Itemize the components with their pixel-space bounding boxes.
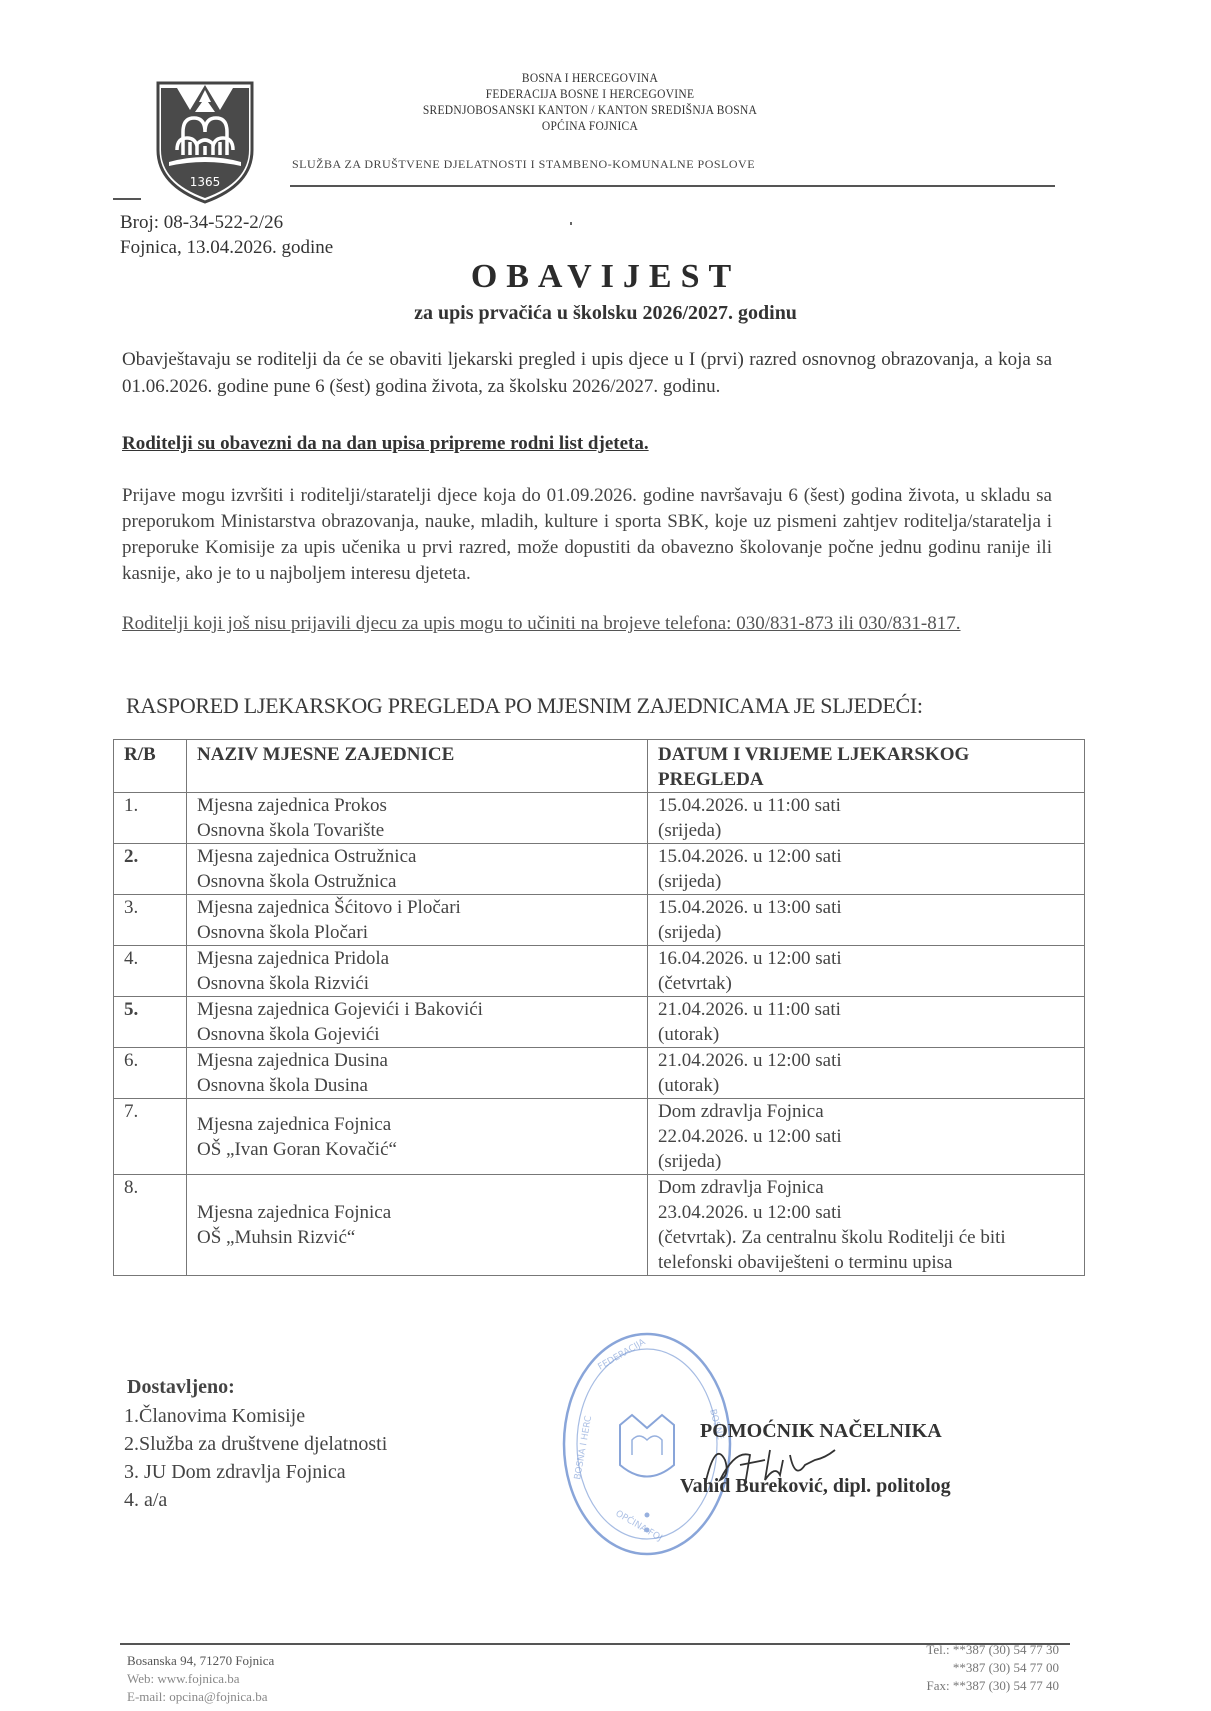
delivered-list: 1.Članovima Komisije 2.Služba za društve… (124, 1402, 387, 1514)
footer-tel-2: **387 (30) 54 77 00 (926, 1659, 1059, 1677)
cell-name: Mjesna zajednica Gojevići i BakovićiOsno… (187, 997, 648, 1048)
cell-rb: 1. (114, 793, 187, 844)
table-row: 3.Mjesna zajednica Šćitovo i PločariOsno… (114, 895, 1085, 946)
delivered-item: 3. JU Dom zdravlja Fojnica (124, 1458, 387, 1486)
datetime-line: 22.04.2026. u 12:00 sati (658, 1124, 1074, 1149)
header-datetime: DATUM I VRIJEME LJEKARSKOG PREGLEDA (648, 740, 1085, 793)
schedule-table: R/B NAZIV MJESNE ZAJEDNICE DATUM I VRIJE… (113, 739, 1085, 1276)
name-line: Osnovna škola Pločari (197, 920, 637, 945)
datetime-line: (utorak) (658, 1073, 1074, 1098)
datetime-line: 23.04.2026. u 12:00 sati (658, 1200, 1074, 1225)
cell-datetime: 21.04.2026. u 11:00 sati(utorak) (648, 997, 1085, 1048)
cell-name: Mjesna zajednica DusinaOsnovna škola Dus… (187, 1048, 648, 1099)
name-line: Mjesna zajednica Fojnica (197, 1200, 637, 1225)
datetime-line: 21.04.2026. u 12:00 sati (658, 1048, 1074, 1073)
document-subtitle: za upis prvačića u školsku 2026/2027. go… (0, 302, 1211, 325)
cell-datetime: 15.04.2026. u 11:00 sati(srijeda) (648, 793, 1085, 844)
table-row: 8.Mjesna zajednica FojnicaOŠ „Muhsin Riz… (114, 1175, 1085, 1276)
schedule-title: RASPORED LJEKARSKOG PREGLEDA PO MJESNIM … (126, 693, 923, 719)
letterhead: BOSNA I HERCEGOVINA FEDERACIJA BOSNE I H… (290, 70, 890, 134)
signatory-name: Vahid Bureković, dipl. politolog (680, 1475, 951, 1498)
delivered-item: 4. a/a (124, 1486, 387, 1514)
name-line: Mjesna zajednica Ostružnica (197, 844, 637, 869)
name-line: Osnovna škola Dusina (197, 1073, 637, 1098)
service-name: SLUŽBA ZA DRUŠTVENE DJELATNOSTI I STAMBE… (292, 157, 1052, 172)
phone-contact-paragraph: Roditelji koji još nisu prijavili djecu … (122, 611, 1052, 637)
name-line: Mjesna zajednica Gojevići i Bakovići (197, 997, 637, 1022)
name-line: Mjesna zajednica Šćitovo i Pločari (197, 895, 637, 920)
datetime-line: 15.04.2026. u 13:00 sati (658, 895, 1074, 920)
header-name: NAZIV MJESNE ZAJEDNICE (187, 740, 648, 793)
intro-paragraph: Obavještavaju se roditelji da će se obav… (122, 346, 1052, 400)
table-row: 1.Mjesna zajednica ProkosOsnovna škola T… (114, 793, 1085, 844)
name-line: Osnovna škola Ostružnica (197, 869, 637, 894)
cell-name: Mjesna zajednica Šćitovo i PločariOsnovn… (187, 895, 648, 946)
header-divider (290, 185, 1055, 187)
logo-underline (113, 198, 141, 200)
name-line: OŠ „Muhsin Rizvić“ (197, 1225, 637, 1250)
cell-rb: 4. (114, 946, 187, 997)
cell-rb: 5. (114, 997, 187, 1048)
name-line: Mjesna zajednica Prokos (197, 793, 637, 818)
datetime-line: 16.04.2026. u 12:00 sati (658, 946, 1074, 971)
cell-rb: 3. (114, 895, 187, 946)
place-date: Fojnica, 13.04.2026. godine (120, 237, 333, 259)
datetime-line: Dom zdravlja Fojnica (658, 1175, 1074, 1200)
applications-paragraph: Prijave mogu izvršiti i roditelji/starat… (122, 483, 1052, 587)
datetime-line: (četvrtak) (658, 971, 1074, 996)
cell-rb: 2. (114, 844, 187, 895)
document-number: Broj: 08-34-522-2/26 (120, 212, 283, 234)
footer-web[interactable]: Web: www.fojnica.ba (127, 1670, 274, 1688)
datetime-line: 15.04.2026. u 11:00 sati (658, 793, 1074, 818)
datetime-line: (četvrtak). Za centralnu školu Roditelji… (658, 1225, 1074, 1275)
table-row: 4.Mjesna zajednica PridolaOsnovna škola … (114, 946, 1085, 997)
cell-rb: 8. (114, 1175, 187, 1276)
datetime-line: (srijeda) (658, 1149, 1074, 1174)
svg-text:1365: 1365 (190, 175, 221, 189)
cell-datetime: 15.04.2026. u 13:00 sati(srijeda) (648, 895, 1085, 946)
scan-mark (570, 222, 572, 225)
datetime-line: 21.04.2026. u 11:00 sati (658, 997, 1074, 1022)
datetime-line: (srijeda) (658, 818, 1074, 843)
letterhead-line: FEDERACIJA BOSNE I HERCEGOVINE (314, 86, 866, 102)
cell-datetime: 16.04.2026. u 12:00 sati(četvrtak) (648, 946, 1085, 997)
svg-text:FEDERACIJA: FEDERACIJA (597, 1337, 649, 1373)
table-row: 2.Mjesna zajednica OstružnicaOsnovna ško… (114, 844, 1085, 895)
coat-of-arms-icon: 1365 (155, 80, 255, 205)
name-line: Mjesna zajednica Dusina (197, 1048, 637, 1073)
datetime-line: (utorak) (658, 1022, 1074, 1047)
footer-address: Bosanska 94, 71270 Fojnica Web: www.fojn… (127, 1652, 274, 1706)
letterhead-line: BOSNA I HERCEGOVINA (314, 70, 866, 86)
cell-name: Mjesna zajednica ProkosOsnovna škola Tov… (187, 793, 648, 844)
datetime-line: (srijeda) (658, 920, 1074, 945)
footer-fax: Fax: **387 (30) 54 77 40 (926, 1677, 1059, 1695)
cell-name: Mjesna zajednica OstružnicaOsnovna škola… (187, 844, 648, 895)
name-line: Mjesna zajednica Pridola (197, 946, 637, 971)
cell-name: Mjesna zajednica PridolaOsnovna škola Ri… (187, 946, 648, 997)
cell-datetime: Dom zdravlja Fojnica22.04.2026. u 12:00 … (648, 1099, 1085, 1175)
document-title: OBAVIJEST (0, 258, 1211, 296)
footer-phones: Tel.: **387 (30) 54 77 30 **387 (30) 54 … (926, 1641, 1059, 1695)
delivered-item: 2.Služba za društvene djelatnosti (124, 1430, 387, 1458)
name-line: Osnovna škola Rizvići (197, 971, 637, 996)
letterhead-line: OPĆINA FOJNICA (314, 118, 866, 134)
cell-rb: 6. (114, 1048, 187, 1099)
table-header-row: R/B NAZIV MJESNE ZAJEDNICE DATUM I VRIJE… (114, 740, 1085, 793)
datetime-line: Dom zdravlja Fojnica (658, 1099, 1074, 1124)
cell-name: Mjesna zajednica FojnicaOŠ „Muhsin Rizvi… (187, 1175, 648, 1276)
cell-datetime: 15.04.2026. u 12:00 sati(srijeda) (648, 844, 1085, 895)
required-documents-note: Roditelji su obavezni da na dan upisa pr… (122, 433, 649, 455)
footer-tel: Tel.: **387 (30) 54 77 30 (926, 1641, 1059, 1659)
letterhead-line: SREDNJOBOSANSKI KANTON / KANTON SREDIŠNJ… (314, 102, 866, 118)
cell-datetime: 21.04.2026. u 12:00 sati(utorak) (648, 1048, 1085, 1099)
name-line: Osnovna škola Gojevići (197, 1022, 637, 1047)
cell-rb: 7. (114, 1099, 187, 1175)
name-line: Osnovna škola Tovarište (197, 818, 637, 843)
cell-name: Mjesna zajednica FojnicaOŠ „Ivan Goran K… (187, 1099, 648, 1175)
name-line: OŠ „Ivan Goran Kovačić“ (197, 1137, 637, 1162)
cell-datetime: Dom zdravlja Fojnica23.04.2026. u 12:00 … (648, 1175, 1085, 1276)
delivered-title: Dostavljeno: (127, 1376, 235, 1399)
delivered-item: 1.Članovima Komisije (124, 1402, 387, 1430)
datetime-line: (srijeda) (658, 869, 1074, 894)
table-row: 7.Mjesna zajednica FojnicaOŠ „Ivan Goran… (114, 1099, 1085, 1175)
header-rb: R/B (114, 740, 187, 793)
table-row: 5.Mjesna zajednica Gojevići i BakovićiOs… (114, 997, 1085, 1048)
svg-text:BOSNA I HERC: BOSNA I HERC (573, 1415, 594, 1480)
table-row: 6.Mjesna zajednica DusinaOsnovna škola D… (114, 1048, 1085, 1099)
footer-email[interactable]: E-mail: opcina@fojnica.ba (127, 1688, 274, 1706)
name-line: Mjesna zajednica Fojnica (197, 1112, 637, 1137)
datetime-line: 15.04.2026. u 12:00 sati (658, 844, 1074, 869)
footer-address-line: Bosanska 94, 71270 Fojnica (127, 1652, 274, 1670)
